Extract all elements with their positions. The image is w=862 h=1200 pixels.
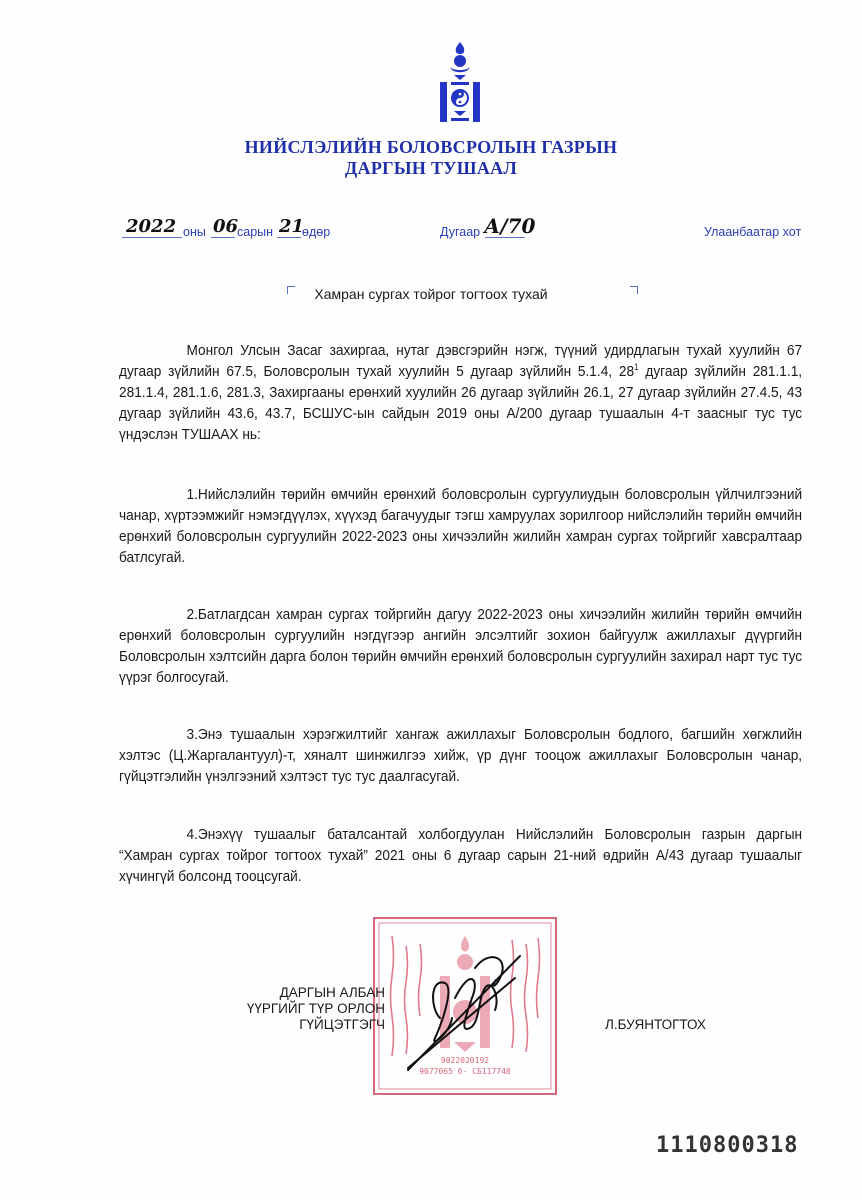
org-title-line1: НИЙСЛЭЛИЙН БОЛОВСРОЛЫН ГАЗРЫН: [0, 137, 862, 158]
order-item-1: 1.Нийслэлийн төрийн өмчийн ерөнхий болов…: [119, 484, 802, 568]
order-subject: Хамран сургах тойрог тогтоох тухай: [0, 286, 862, 302]
order-number-handwritten: А/70: [484, 214, 535, 238]
order-meta-row: 2022 оны 06 сарын 21 өдөр Дугаар А/70 Ул…: [0, 220, 862, 244]
year-underline: [122, 237, 182, 238]
order-item-text: 2.Батлагдсан хамран сургах тойргийн дагу…: [119, 604, 802, 688]
serial-number: 1110800318: [656, 1133, 798, 1158]
corner-mark-right: [630, 286, 638, 294]
order-item-2: 2.Батлагдсан хамран сургах тойргийн дагу…: [119, 604, 802, 688]
year-handwritten: 2022: [126, 216, 176, 237]
number-label: Дугаар: [440, 225, 480, 239]
handwritten-signature-icon: [400, 938, 530, 1078]
preamble-paragraph: Монгол Улсын Засаг захиргаа, нутаг дэвсг…: [119, 340, 802, 445]
order-item-text: 1.Нийслэлийн төрийн өмчийн ерөнхий болов…: [119, 484, 802, 568]
month-label: сарын: [237, 225, 273, 239]
city-label: Улаанбаатар хот: [704, 225, 801, 239]
year-label: оны: [183, 225, 206, 239]
order-item-3: 3.Энэ тушаалын хэрэгжилтийг хангаж ажилл…: [119, 724, 802, 787]
day-label: өдөр: [302, 225, 330, 239]
soyombo-emblem-icon: [436, 40, 484, 128]
org-title-line2: ДАРГЫН ТУШААЛ: [0, 158, 862, 179]
order-item-text: 4.Энэхүү тушаалыг баталсантай холбогдуул…: [119, 824, 802, 887]
order-item-4: 4.Энэхүү тушаалыг баталсантай холбогдуул…: [119, 824, 802, 887]
signatory-title-line1: ДАРГЫН АЛБАН: [247, 985, 385, 1001]
signatory-title: ДАРГЫН АЛБАН ҮҮРГИЙГ ТҮР ОРЛОН ГҮЙЦЭТГЭГ…: [247, 985, 385, 1033]
order-item-text: 3.Энэ тушаалын хэрэгжилтийг хангаж ажилл…: [119, 724, 802, 787]
month-handwritten: 06: [213, 216, 238, 237]
signatory-title-line3: ГҮЙЦЭТГЭГЧ: [247, 1017, 385, 1033]
signatory-title-line2: ҮҮРГИЙГ ТҮР ОРЛОН: [247, 1001, 385, 1017]
day-handwritten: 21: [279, 216, 304, 237]
day-underline: [277, 237, 301, 238]
document-page: НИЙСЛЭЛИЙН БОЛОВСРОЛЫН ГАЗРЫН ДАРГЫН ТУШ…: [0, 0, 862, 1200]
signatory-name: Л.БУЯНТОГТОХ: [605, 1017, 706, 1032]
month-underline: [211, 237, 235, 238]
